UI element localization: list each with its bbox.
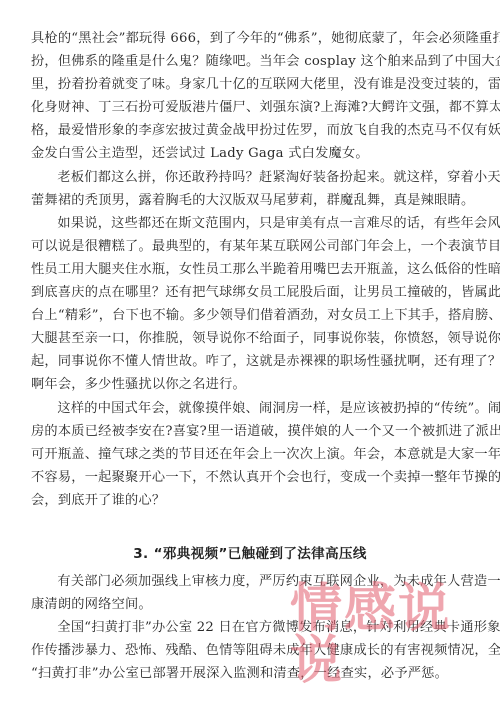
document-page: 具枪的“黑社会”都玩得 666，到了今年的“佛系”，她彻底蒙了，年会必须隆重打扮… [31,27,469,685]
text-line: 可以说是很糟糕了。最典型的，有某年某互联网公司部门年会上，一个表演节目是男 [31,235,469,258]
text-line: 会，到底开了谁的心？ [31,489,469,512]
text-line: 房的本质已经被李安在?喜宴?里一语道破，摸伴娘的人一个又一个被抓进了派出所， [31,420,469,443]
text-line: 全国“扫黄打非”办公室 22 日在官方微博发布消息，针对利用经典卡通形象制 [31,616,469,639]
section-heading: 3. “邪典视频”已触碰到了法律高压线 [31,542,469,562]
text-line: 不容易，一起聚聚开心一下，不然认真开个会也行，变成一个卖掉一整年节操的晚 [31,466,469,489]
text-line: 起，同事说你不懂人情世故。咋了，这就是赤裸裸的职场性骚扰啊，还有理了？年会 [31,350,469,373]
text-line: 大腿甚至亲一口，你推脱，领导说你不给面子，同事说你装，你愤怒，领导说你玩不 [31,327,469,350]
text-line: “扫黄打非”办公室已部署开展深入监测和清查，一经查实，必予严惩。 [31,662,469,685]
paragraph: 具枪的“黑社会”都玩得 666，到了今年的“佛系”，她彻底蒙了，年会必须隆重打扮… [31,27,469,166]
text-line: 这样的中国式年会，就像摸伴娘、闹洞房一样，是应该被扔掉的“传统”。闹洞 [31,397,469,420]
paragraph: 老板们都这么拼，你还敢矜持吗？赶紧淘好装备扮起来。就这样，穿着小天鹅芭蕾舞裙的秃… [31,166,469,212]
text-line: 有关部门必须加强线上审核力度，严厉约束互联网企业，为未成年人营造一个健 [31,570,469,593]
text-line: 扮，但佛系的隆重是什么鬼？随缘吧。当年会 cosplay 这个舶来品到了中国大企… [31,50,469,73]
text-line: 金发白雪公主造型，还尝试过 Lady Gaga 式白发魔女。 [31,142,469,165]
article-body: 具枪的“黑社会”都玩得 666，到了今年的“佛系”，她彻底蒙了，年会必须隆重打扮… [31,27,469,512]
text-line: 具枪的“黑社会”都玩得 666，到了今年的“佛系”，她彻底蒙了，年会必须隆重打 [31,27,469,50]
text-line: 化身财神、丁三石扮可爱版港片僵尸、刘强东演?上海滩?大鳄许文强，都不算太出 [31,96,469,119]
text-line: 如果说，这些都还在斯文范围内，只是审美有点一言难尽的话，有些年会风俗就 [31,212,469,235]
text-line: 蕾舞裙的秃顶男，露着胸毛的大汉版双马尾萝莉，群魔乱舞，真是辣眼睛。 [31,189,469,212]
text-line: 格，最爱惜形象的李彦宏披过黄金战甲扮过佐罗，而放飞自我的杰克马不仅有妖艳的 [31,119,469,142]
text-line: 台上“精彩”，台下也不输。多少领导们借着酒劲，对女员工上下其手，搭肩膀、摸 [31,304,469,327]
section-body: 有关部门必须加强线上审核力度，严厉约束互联网企业，为未成年人营造一个健康清朗的网… [31,570,469,685]
paragraph: 这样的中国式年会，就像摸伴娘、闹洞房一样，是应该被扔掉的“传统”。闹洞房的本质已… [31,397,469,512]
text-line: 到底喜庆的点在哪里？还有把气球绑女员工屁股后面，让男员工撞破的，皆属此类。 [31,281,469,304]
text-line: 作传播涉暴力、恐怖、残酷、色情等阻碍未成年人健康成长的有害视频情况，全国 [31,639,469,662]
paragraph: 有关部门必须加强线上审核力度，严厉约束互联网企业，为未成年人营造一个健康清朗的网… [31,570,469,616]
paragraph: 如果说，这些都还在斯文范围内，只是审美有点一言难尽的话，有些年会风俗就可以说是很… [31,212,469,397]
text-line: 里，扮着扮着就变了味。身家几十亿的互联网大佬里，没有谁是没变过装的，雷布斯 [31,73,469,96]
text-line: 可开瓶盖、撞气球之类的节目还在年会上一次次上演。年会，本意就是大家一年到头 [31,443,469,466]
text-line: 啊年会，多少性骚扰以你之名进行。 [31,373,469,396]
text-line: 康清朗的网络空间。 [31,593,469,616]
paragraph: 全国“扫黄打非”办公室 22 日在官方微博发布消息，针对利用经典卡通形象制作传播… [31,616,469,685]
text-line: 性员工用大腿夹住水瓶，女性员工那么半跪着用嘴巴去开瓶盖，这么低俗的性暗示， [31,258,469,281]
text-line: 老板们都这么拼，你还敢矜持吗？赶紧淘好装备扮起来。就这样，穿着小天鹅芭 [31,166,469,189]
